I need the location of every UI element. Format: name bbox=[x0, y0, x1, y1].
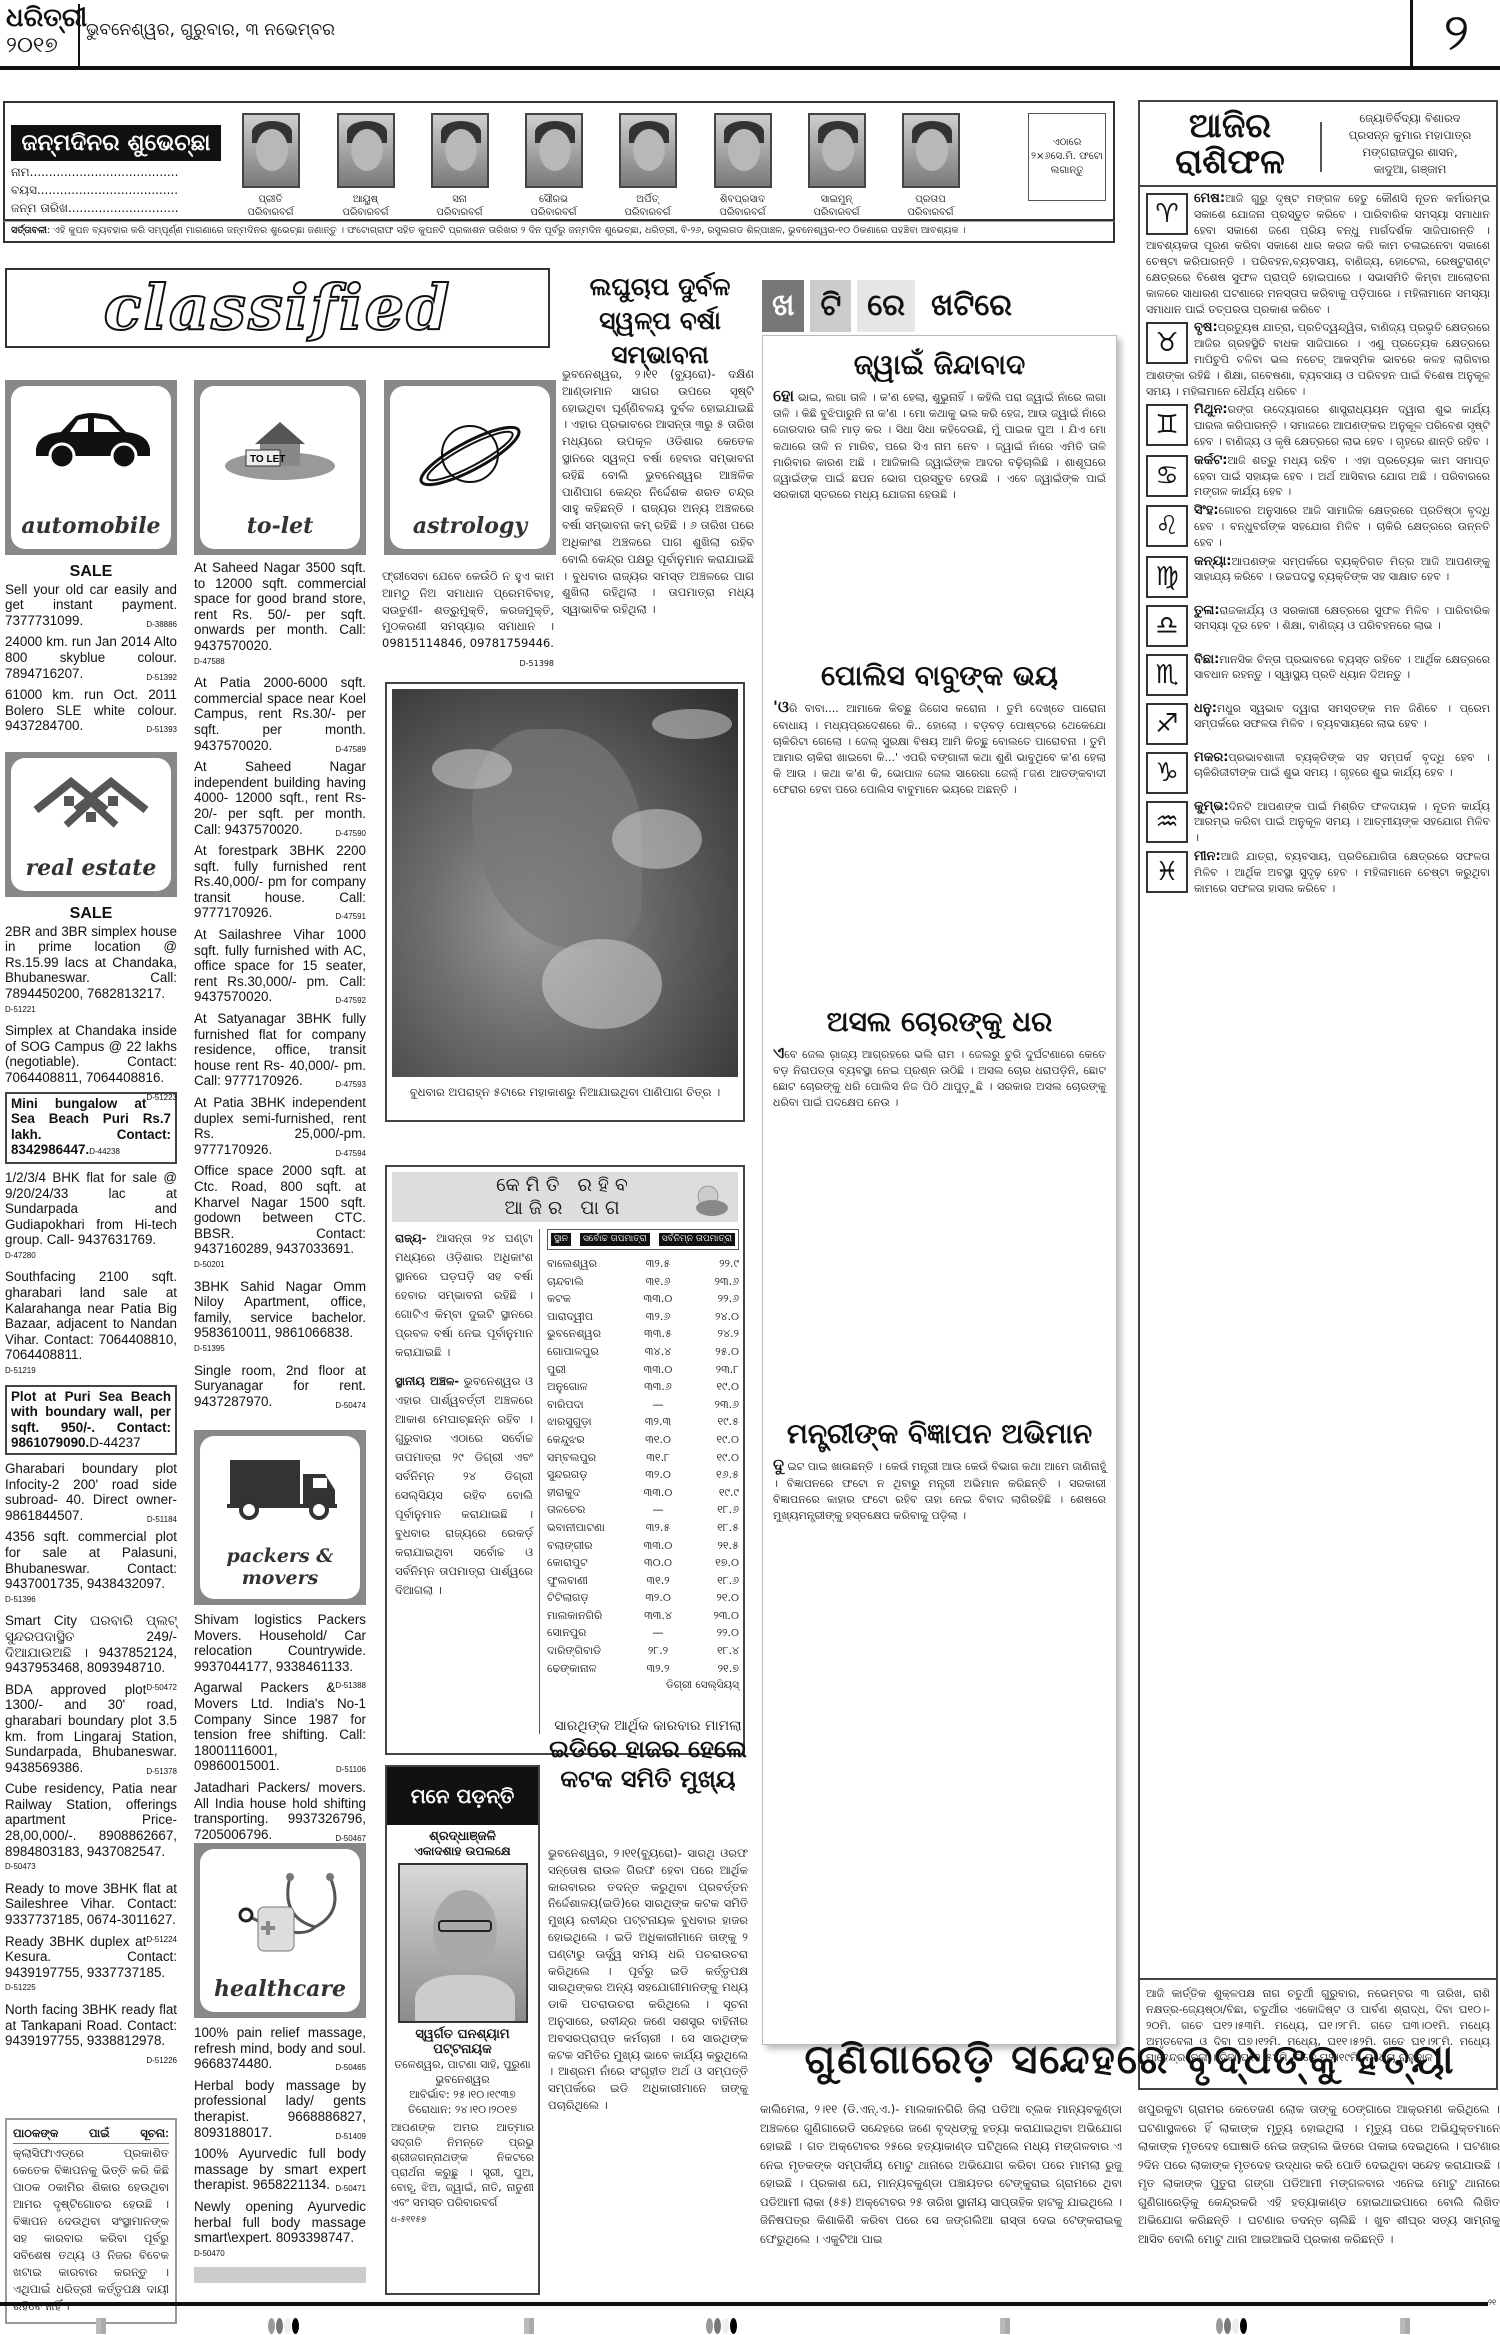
deceased-photo bbox=[398, 1863, 528, 2023]
healthcare-ads-column: 100% pain relief massage, refresh mind, … bbox=[194, 2025, 366, 2283]
weather-story-body: ଭୁବନେଶ୍ୱର, ୨।୧୧ (ବ୍ୟୁରୋ)- ଦକ୍ଷିଣ ଆଣ୍ଡାମା… bbox=[562, 366, 754, 618]
table-row: ଗୋପାଳପୁର୩୪.୪୨୫.୦ bbox=[547, 1343, 739, 1361]
horoscope-title: ଆଜିରରାଶିଫଳ bbox=[1150, 108, 1310, 180]
classified-title: classified bbox=[5, 268, 550, 348]
classified-ad: At Patia 2000-6000 sqft. commercial spac… bbox=[194, 675, 366, 753]
birthday-greetings-strip: ଜନ୍ମଦିନର ଶୁଭେଚ୍ଛା ନାମ...................… bbox=[3, 101, 1115, 221]
child-photo bbox=[525, 113, 583, 188]
photo-caption: ସୌରଭପରିବାରବର୍ଗ bbox=[516, 193, 591, 219]
table-row: ପୁରୀ୩୩.୦୨୩.୮ bbox=[547, 1361, 739, 1379]
child-photo bbox=[808, 113, 866, 188]
murder-story-headline: ଗୁଣିଗାରେଡ଼ି ସନ୍ଦେହରେ ବୃଦ୍ଧଙ୍କୁ ହତ୍ୟା bbox=[760, 2030, 1500, 2090]
astrology-ad: ଫ୍ରୀସେବା ଯେବେ କେଉଁଠି ନ ହୁଏ କାମ ଆମଠୁ ନିଅ … bbox=[382, 568, 554, 673]
photo-caption: ସାଇମୁନ୍ପରିବାରବର୍ଗ bbox=[799, 193, 874, 219]
page-number: ୨ bbox=[1410, 0, 1500, 70]
registration-mark bbox=[1216, 2318, 1247, 2334]
to-let-ads-column: At Saheed Nagar 3500 sqft. to 12000 sqft… bbox=[194, 560, 366, 1415]
classified-ad: Ready to move 3BHK flat at Saileshree Vi… bbox=[5, 1881, 177, 1928]
zodiac-sign-icon: ♋ bbox=[1146, 455, 1188, 497]
zodiac-sign-icon: ♌ bbox=[1146, 505, 1188, 547]
table-row: କୋରାପୁଟ୩୦.୦୧୭.୦ bbox=[547, 1554, 739, 1572]
zodiac-item: ♐ଧନୁ:ମଧୁର ସ୍ୱଭାବ ଦ୍ୱାରା ସମସ୍ତଙ୍କ ମନ ଜିଣି… bbox=[1146, 701, 1490, 747]
classified-ad: North facing 3BHK ready flat at Tankapan… bbox=[5, 2002, 177, 2049]
satellite-caption: ବୁଧବାର ଅପରାହ୍ନ ୫ଟାରେ ମହାକାଶରୁ ନିଆଯାଇଥିବା… bbox=[392, 1085, 738, 1100]
horoscope-box: ଆଜିରରାଶିଫଳ ଜ୍ୟୋତିର୍ବିଦ୍ୟା ବିଶାରଦ ପ୍ରସନ୍ନ… bbox=[1138, 100, 1498, 2090]
zodiac-item: ♓ମୀନ:ଆଜି ଯାତ୍ରା, ବ୍ୟବସାୟ, ପ୍ରତିଯୋଗିତା କ୍… bbox=[1146, 849, 1490, 896]
weather-headline: ଲଘୁଚାପ ଦୁର୍ବଳ ସ୍ୱଳ୍ପ ବର୍ଷା ସମ୍ଭାବନା bbox=[565, 270, 755, 372]
classified-ad: Jatadhari Packers/ movers. All India hou… bbox=[194, 1780, 366, 1842]
zodiac-item: ♑ମକର:ପ୍ରଭାବଶାଳୀ ବ୍ୟକ୍ତିଙ୍କ ସହ ସମ୍ପର୍କ ବୃ… bbox=[1146, 750, 1490, 796]
stethoscope-icon bbox=[200, 1867, 360, 1961]
zodiac-item: ♎ତୁଳା:ରାଜକାର୍ଯ୍ୟ ଓ ସରକାରୀ କ୍ଷେତ୍ରରେ ସୁଫଳ… bbox=[1146, 603, 1490, 649]
zodiac-item: ♋କର୍କଟ:ଆଜି ଶତ୍ରୁ ମଧ୍ୟ ରହିବ । ଏହା ପ୍ରତ୍ୟେ… bbox=[1146, 453, 1490, 500]
child-photo bbox=[337, 113, 395, 188]
zodiac-item: ♍କନ୍ୟା:ଆପଣଙ୍କ ସମ୍ପର୍କରେ ବ୍ୟକ୍ତିଗତ ମିତ୍ର … bbox=[1146, 554, 1490, 600]
murder-story-body: କାଲିମେଳା, ୨।୧୧ (ଡି.ଏନ୍.ଏ.)- ମାଲକାନଗିରି ଜ… bbox=[760, 2100, 1500, 2248]
table-header: ସ୍ଥାନ ସର୍ବୋଚ୍ଚ ତାପମାତ୍ରା ସର୍ବନିମ୍ନ ତାପମା… bbox=[547, 1229, 739, 1250]
table-row: ଭୁବନେଶ୍ୱର୩୩.୫୨୪.୨ bbox=[547, 1325, 739, 1343]
table-row: ଚାନ୍ଦବାଲି୩୧.୬୨୩.୬ bbox=[547, 1273, 739, 1291]
table-row: ଅନୁଗୋଳ୩୩.୬୧୯.୦ bbox=[547, 1378, 739, 1396]
masthead-divider bbox=[78, 4, 80, 66]
notice-heading: ପାଠକଙ୍କପାଇଁସୂଚନା: bbox=[13, 2126, 169, 2144]
zodiac-sign-icon: ♏ bbox=[1146, 654, 1188, 696]
photo-caption: ଶିବପ୍ରସାଦପରିବାରବର୍ଗ bbox=[705, 193, 780, 219]
zodiac-sign-icon: ♑ bbox=[1146, 752, 1188, 794]
table-row: ମାଲକାନଗିରି୩୩.୪୨୩.୦ bbox=[547, 1607, 739, 1625]
obituary-header: ମନେ ପଡ଼ନ୍ତି bbox=[387, 1767, 538, 1825]
house-to-let-icon: TO LET bbox=[200, 404, 360, 488]
satellite-image-box: ବୁଧବାର ଅପରାହ୍ନ ୫ଟାରେ ମହାକାଶରୁ ନିଆଯାଇଥିବା… bbox=[385, 682, 745, 1122]
obituary-box: ମନେ ପଡ଼ନ୍ତି ଶ୍ରଦ୍ଧାଞ୍ଜଳି ଏକାଦଶାହ ଉପଲକ୍ଷେ… bbox=[385, 1765, 540, 2295]
child-photo bbox=[242, 113, 300, 188]
classified-ad: 100% Ayurvedic full body massage by smar… bbox=[194, 2146, 366, 2193]
classified-ad: At Saheed Nagar 3500 sqft. to 12000 sqft… bbox=[194, 560, 366, 669]
classified-ad: Gharabari boundary plot Infocity-2 200' … bbox=[5, 1461, 177, 1523]
registration-mark bbox=[524, 2318, 534, 2334]
weather-panel: କେମିତି ରହିବ ଆଜିର ପାଗ ରାଜ୍ୟ- ଆସନ୍ତା ୨୪ ଘଣ… bbox=[385, 1165, 745, 1755]
classified-ad: At Sailashree Vihar 1000 sqft. fully fur… bbox=[194, 927, 366, 1005]
masthead: ଧରିତ୍ରୀ ୨୦୧୭ ଭୁବନେଶ୍ୱର, ଗୁରୁବାର, ୩ ନଭେମ୍… bbox=[0, 0, 1500, 70]
article-title: ମନ୍ତ୍ରୀଙ୍କ ବିଜ୍ଞାପନ ଅଭିମାନ bbox=[773, 1417, 1106, 1451]
zodiac-item: ♉ବୃଷ:ପ୍ରତ୍ୟୁଷ ଯାତ୍ରା, ପ୍ରତିଦ୍ୱନ୍ଦ୍ୱିତା, … bbox=[1146, 320, 1490, 399]
classified-ad: Cube residency, Patia near Railway Stati… bbox=[5, 1781, 177, 1875]
classified-ad: 2BR and 3BR simplex house in prime locat… bbox=[5, 924, 177, 1018]
article-title: ଜ୍ୱାଇଁ ଜିନ୍ଦାବାଦ bbox=[773, 348, 1106, 382]
dateline: ଭୁବନେଶ୍ୱର, ଗୁରୁବାର, ୩ ନଭେମ୍ବର bbox=[86, 20, 335, 40]
zodiac-item: ♊ମିଥୁନ:ରଙ୍ଗ ଉଦ୍ୟୋଗରେ ଶାସ୍ତ୍ରାଧ୍ୟୟନ ଦ୍ୱାର… bbox=[1146, 402, 1490, 449]
table-row: ସମ୍ବଲପୁର୩୧.୮୧୯.୦ bbox=[547, 1449, 739, 1467]
table-row: ବଲାଙ୍ଗୀର୩୩.୦୨୧.୫ bbox=[547, 1537, 739, 1555]
registration-mark bbox=[268, 2318, 299, 2334]
classified-ad: 1/2/3/4 BHK flat for sale @ 9/20/24/33 l… bbox=[5, 1170, 177, 1264]
grey-filler-bar bbox=[194, 2267, 366, 2283]
birthday-terms: ସର୍ତ୍ତାବଳୀ: ଏହି କୁପନ ବ୍ୟବହାର କରି ସମ୍ପୂର୍… bbox=[3, 221, 1115, 243]
classified-ad: Sell your old car easily and get instant… bbox=[5, 582, 177, 629]
deceased-name: ସ୍ୱର୍ଗତ ଘନଶ୍ୟାମ ପଟ୍ଟନାୟକ bbox=[391, 2027, 534, 2057]
table-row: ହୀରାକୁଦ୩୩.୦୧୯.୯ bbox=[547, 1484, 739, 1502]
classified-ad: At Saheed Nagar independent building hav… bbox=[194, 759, 366, 837]
kheti-column-header: ଖ ଟି ରେ ଖଟିରେ bbox=[762, 280, 1107, 332]
table-row: ଢେଙ୍କାନାଳ୩୨.୨୨୧.୭ bbox=[547, 1660, 739, 1678]
weather-forecast-text: ରାଜ୍ୟ- ଆସନ୍ତା ୨୪ ଘଣ୍ଟା ମଧ୍ୟରେ ଓଡ଼ିଶାର ଅଧ… bbox=[395, 1229, 533, 1600]
classified-ad: 61000 km. run Oct. 2011 Bolero SLE white… bbox=[5, 687, 177, 734]
article-title: ପୋଲିସ ବାବୁଙ୍କ ଭୟ bbox=[773, 659, 1106, 693]
houses-icon bbox=[11, 770, 171, 834]
notice-text: କ୍ଲାସିଫାଏଡ୍‌ରେ ପ୍ରକାଶିତ କେତେକ ବିଜ୍ଞାପନକୁ… bbox=[13, 2146, 169, 2316]
classified-ad: At Satyanagar 3BHK fully furnished flat … bbox=[194, 1011, 366, 1089]
zodiac-item: ♌ସିଂହ:ଗୋଚର ଅନୁସାରେ ଆଜି ସାମାଜିକ କ୍ଷେତ୍ରରେ… bbox=[1146, 503, 1490, 550]
child-photo bbox=[431, 113, 489, 188]
age-field: ବୟସ..................................... bbox=[11, 183, 196, 198]
classified-ad: At forestpark 3BHK 2200 sqft. fully furn… bbox=[194, 843, 366, 921]
zodiac-sign-icon: ♍ bbox=[1146, 556, 1188, 598]
article-body: ହୋ ଭାଇ, ଲଗା ତାଳି । କ'ଣ ହେଲା, ଶୁଭୁନାହିଁ ।… bbox=[773, 388, 1106, 503]
table-row: ଟିଟିଲାଗଡ଼୩୨.୦୨୧.୦ bbox=[547, 1589, 739, 1607]
table-row: ଝାରସୁଗୁଡ଼ା୩୨.୩୧୯.୫ bbox=[547, 1413, 739, 1431]
zodiac-sign-icon: ♓ bbox=[1146, 851, 1188, 893]
table-row: କେନ୍ଦୁଝର୩୧.୦୧୯.୦ bbox=[547, 1431, 739, 1449]
unit-label: ଡିଗ୍ରୀ ସେଲ୍‌ସିୟସ୍ bbox=[547, 1679, 739, 1692]
dob-field: ଜନ୍ମ ତାରିଖ............................. bbox=[11, 201, 196, 216]
boxed-classified-ad: Plot at Puri Sea Beach with boundary wal… bbox=[5, 1385, 177, 1455]
birthday-title: ଜନ୍ମଦିନର ଶୁଭେଚ୍ଛା bbox=[11, 125, 221, 161]
article-body: 'ଓରି ବାବା.... ଆମାକେ କିଚ୍ଛୁ ଜିଗେସ କରୋନା ।… bbox=[773, 699, 1106, 798]
classified-ad: Southfacing 2100 sqft. gharabari land sa… bbox=[5, 1269, 177, 1378]
astrology-category-box: astrology bbox=[384, 380, 556, 555]
real-estate-category-box: real estate bbox=[5, 752, 177, 897]
classified-ad: Smart City ଘରବାରି ପ୍ଲଟ୍ ସୁନ୍ଦରପଦାସ୍ଥିତ 2… bbox=[5, 1613, 177, 1675]
saturn-planet-icon bbox=[390, 404, 550, 508]
classified-ad: Simplex at Chandaka inside of SOG Campus… bbox=[5, 1023, 177, 1085]
to-let-category-box: TO LET to-let bbox=[194, 380, 366, 555]
registration-mark bbox=[706, 2318, 737, 2334]
table-row: ତାଳଚେର—୧୮.୬ bbox=[547, 1501, 739, 1519]
table-row: ପାରାଦ୍ୱୀପ୩୨.୬୨୪.୦ bbox=[547, 1308, 739, 1326]
truck-icon bbox=[200, 1454, 360, 1528]
table-row: ସୁନ୍ଦରଗଡ଼୩୨.୦୧୬.୫ bbox=[547, 1466, 739, 1484]
classified-ad: Newly opening Ayurvedic herbal full body… bbox=[194, 2199, 366, 2261]
table-row: ବାରିପଦା—୨୩.୬ bbox=[547, 1396, 739, 1414]
zodiac-item: ♏ବିଛା:ମାନସିକ ଚିନ୍ତା ପ୍ରଭାବରେ ବ୍ୟସ୍ତ ରହିବ… bbox=[1146, 652, 1490, 698]
table-row: ଫୁଲବାଣୀ୩୧.୨୧୮.୬ bbox=[547, 1572, 739, 1590]
photo-placeholder-box: ଏଠାରେ ୨×୬ସେ.ମି. ଫଟୋ ଲଗାନ୍ତୁ bbox=[1028, 113, 1106, 201]
classified-ad: 3BHK Sahid Nagar Omm Niloy Apartment, of… bbox=[194, 1279, 366, 1357]
photo-caption: ଅର୍ପିତ୍ପରିବାରବର୍ଗ bbox=[610, 193, 685, 219]
photo-caption: ପ୍ରୀତିପରିବାରବର୍ଗ bbox=[233, 193, 308, 219]
zodiac-sign-icon: ♒ bbox=[1146, 801, 1188, 843]
photo-caption: ଆୟୁଷ୍ପରିବାରବର୍ଗ bbox=[328, 193, 403, 219]
car-icon bbox=[11, 404, 171, 478]
registration-mark bbox=[96, 2318, 106, 2334]
table-row: ଭବାନୀପାଟଣା୩୨.୫୧୮.୫ bbox=[547, 1519, 739, 1537]
zodiac-sign-icon: ♎ bbox=[1146, 605, 1188, 647]
newspaper-logo: ଧରିତ୍ରୀ ୨୦୧୭ bbox=[6, 4, 76, 60]
temperature-table: ସ୍ଥାନ ସର୍ବୋଚ୍ଚ ତାପମାତ୍ରା ସର୍ବନିମ୍ନ ତାପମା… bbox=[547, 1229, 739, 1692]
article-body: ଦୁ ଇଟ ପାଇ ଖାଉଛନ୍ତି । କେଉଁ ମନ୍ତ୍ରୀ ଆଉ କେଉ… bbox=[773, 1457, 1106, 1524]
classified-ad: BDA approved plot 1300/- and 30' road, g… bbox=[5, 1682, 177, 1776]
name-field: ନାମ.....................................… bbox=[11, 165, 196, 180]
zodiac-sign-icon: ♉ bbox=[1146, 322, 1188, 364]
table-row: ବାଲେଶ୍ୱର୩୨.୫୨୨.୯ bbox=[547, 1255, 739, 1273]
classified-ad: Shivam logistics Packers Movers. Househo… bbox=[194, 1612, 366, 1674]
zodiac-sign-icon: ♈ bbox=[1146, 193, 1188, 235]
adult-photo bbox=[902, 113, 960, 188]
classified-ad: Agarwal Packers & Movers Ltd. India's No… bbox=[194, 1680, 366, 1774]
classified-ad: Herbal body massage by professional lady… bbox=[194, 2078, 366, 2140]
satellite-weather-image bbox=[392, 689, 738, 1077]
weather-banner: କେମିତି ରହିବ ଆଜିର ପାଗ bbox=[392, 1172, 738, 1222]
astrologer-info: ଜ୍ୟୋତିର୍ବିଦ୍ୟା ବିଶାରଦ ପ୍ରସନ୍ନ କୁମାର ମହାପ… bbox=[1330, 110, 1490, 178]
table-row: ଦାରିଙ୍ଗିବାଡି୨୮.୨୧୮.୪ bbox=[547, 1642, 739, 1660]
zodiac-item: ♈ମେଷ:ଆଜି ଗୁରୁ ଦୃଷ୍ଟ ମଙ୍ଗଳ ହେତୁ କୌଣସି ନୂତ… bbox=[1146, 191, 1490, 317]
child-photo bbox=[619, 113, 677, 188]
packers-ads-column: Shivam logistics Packers Movers. Househo… bbox=[194, 1612, 366, 1848]
footer-rule bbox=[0, 2302, 1488, 2306]
footer-page-code: ୨୧ bbox=[1488, 2298, 1496, 2308]
classified-ad: At Patia 3BHK independent duplex semi-fu… bbox=[194, 1095, 366, 1157]
zodiac-sign-icon: ♊ bbox=[1146, 404, 1188, 446]
registration-mark bbox=[1000, 2318, 1010, 2334]
classified-ad: 100% pain relief massage, refresh mind, … bbox=[194, 2025, 366, 2072]
article-body: ଏବେ ଜେଲ ର଼ାଜ୍ୟ ଆଗ୍ରହରେ ଭଲି ରାମ । ଜେଲରୁ ଚ… bbox=[773, 1045, 1106, 1112]
healthcare-category-box: healthcare bbox=[194, 1843, 366, 2018]
photo-caption: ପ୍ରତାପପରିବାରବର୍ଗ bbox=[893, 193, 968, 219]
automobile-ads-column: SALE Sell your old car easily and get in… bbox=[5, 560, 177, 740]
real-estate-ads-column: SALE 2BR and 3BR simplex house in prime … bbox=[5, 902, 177, 2068]
ed-story-headline: ସାରଥିଙ୍କ ଆର୍ଥିକ କାରବାର ମାମଲା ଇଡିରେ ହାଜର … bbox=[548, 1718, 748, 1794]
zodiac-item: ♒କୁମ୍ଭ:ଦିନଟି ଆପଣଙ୍କ ପାଇଁ ମିଶ୍ରିତ ଫଳଦାୟକ … bbox=[1146, 799, 1490, 846]
classified-ad: Single room, 2nd floor at Suryanagar for… bbox=[194, 1363, 366, 1410]
ed-story-body: ଭୁବନେଶ୍ୱର, ୨।୧୧(ବ୍ୟୁରୋ)- ସାରଥି ଓରଫ ସନ୍ତୋ… bbox=[548, 1845, 748, 2114]
sale-heading: SALE bbox=[5, 564, 177, 580]
classified-ad: 24000 km. run Jan 2014 Alto 800 skyblue … bbox=[5, 634, 177, 681]
sun-cloud-icon bbox=[690, 1180, 730, 1220]
zodiac-list: ♈ମେଷ:ଆଜି ଗୁରୁ ଦୃଷ୍ଟ ମଙ୍ଗଳ ହେତୁ କୌଣସି ନୂତ… bbox=[1140, 187, 1496, 903]
svg-text:TO LET: TO LET bbox=[250, 454, 285, 465]
registration-mark bbox=[1400, 2318, 1410, 2334]
automobile-category-box: automobile bbox=[5, 380, 177, 555]
photo-caption: ସନାପରିବାରବର୍ଗ bbox=[422, 193, 497, 219]
packers-movers-category-box: packers & movers bbox=[194, 1430, 366, 1605]
article-title: ଅସଲ ଚୋରଙ୍କୁ ଧର bbox=[773, 1005, 1106, 1039]
classified-ad: 4356 sqft. commercial plot for sale at P… bbox=[5, 1529, 177, 1607]
child-photo bbox=[714, 113, 772, 188]
kheti-column: ଜ୍ୱାଇଁ ଜିନ୍ଦାବାଦ ହୋ ଭାଇ, ଲଗା ତାଳି । କ'ଣ … bbox=[762, 335, 1117, 2045]
table-row: କଟକ୩୩.୦୨୨.୬ bbox=[547, 1290, 739, 1308]
sale-heading: SALE bbox=[5, 906, 177, 922]
zodiac-sign-icon: ♐ bbox=[1146, 703, 1188, 745]
classified-ad: Office space 2000 sqft. at Ctc. Road, 80… bbox=[194, 1163, 366, 1272]
table-row: ସୋନପୁର—୨୨.୦ bbox=[547, 1624, 739, 1642]
reader-notice-box: ପାଠକଙ୍କପାଇଁସୂଚନା: କ୍ଲାସିଫାଏଡ୍‌ରେ ପ୍ରକାଶି… bbox=[5, 2118, 177, 2324]
